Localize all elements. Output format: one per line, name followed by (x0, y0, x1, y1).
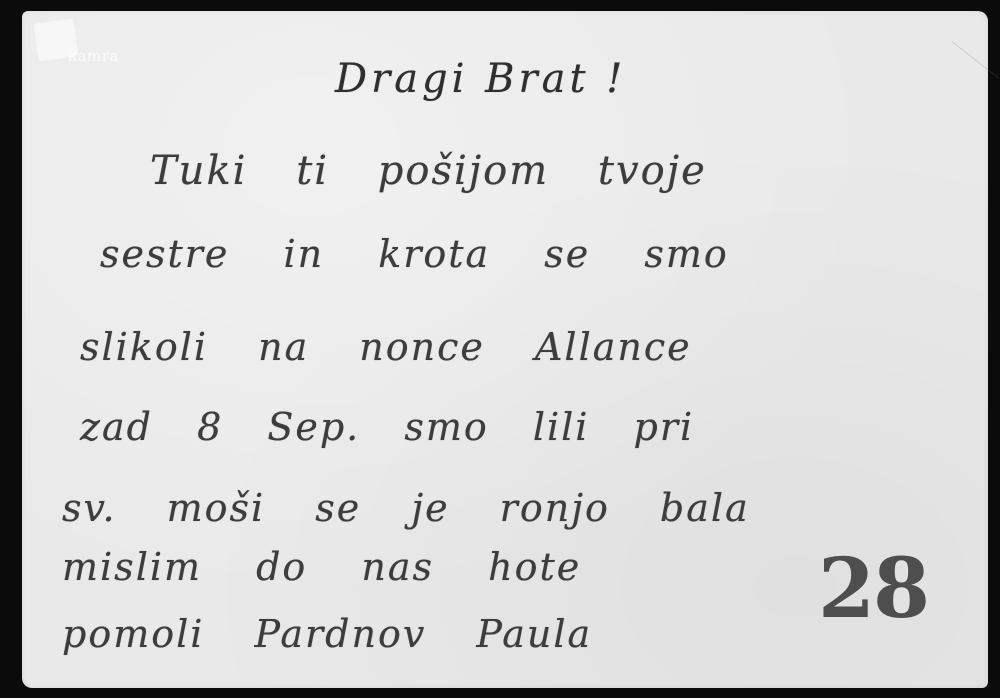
watermark-text: kamra (68, 47, 119, 65)
letter-line-5: sv. moši se je ronjo bala (62, 486, 750, 530)
catalog-number-stamp: 28 (818, 548, 928, 630)
letter-line-1: Tuki ti pošijom tvoje (150, 148, 707, 194)
kamra-watermark: kamra (34, 19, 84, 67)
letter-line-4: zad 8 Sep. smo lili pri (80, 405, 694, 449)
greeting: Dragi Brat ! (335, 56, 626, 102)
letter-line-7-signature: pomoli Pardnov Paula (62, 612, 592, 656)
letter-line-3: slikoli na nonce Allance (80, 325, 692, 369)
paper-crease (951, 41, 999, 79)
letter-line-2: sestre in krota se smo (100, 232, 729, 276)
letter-line-6: mislim do nas hote (62, 545, 581, 589)
